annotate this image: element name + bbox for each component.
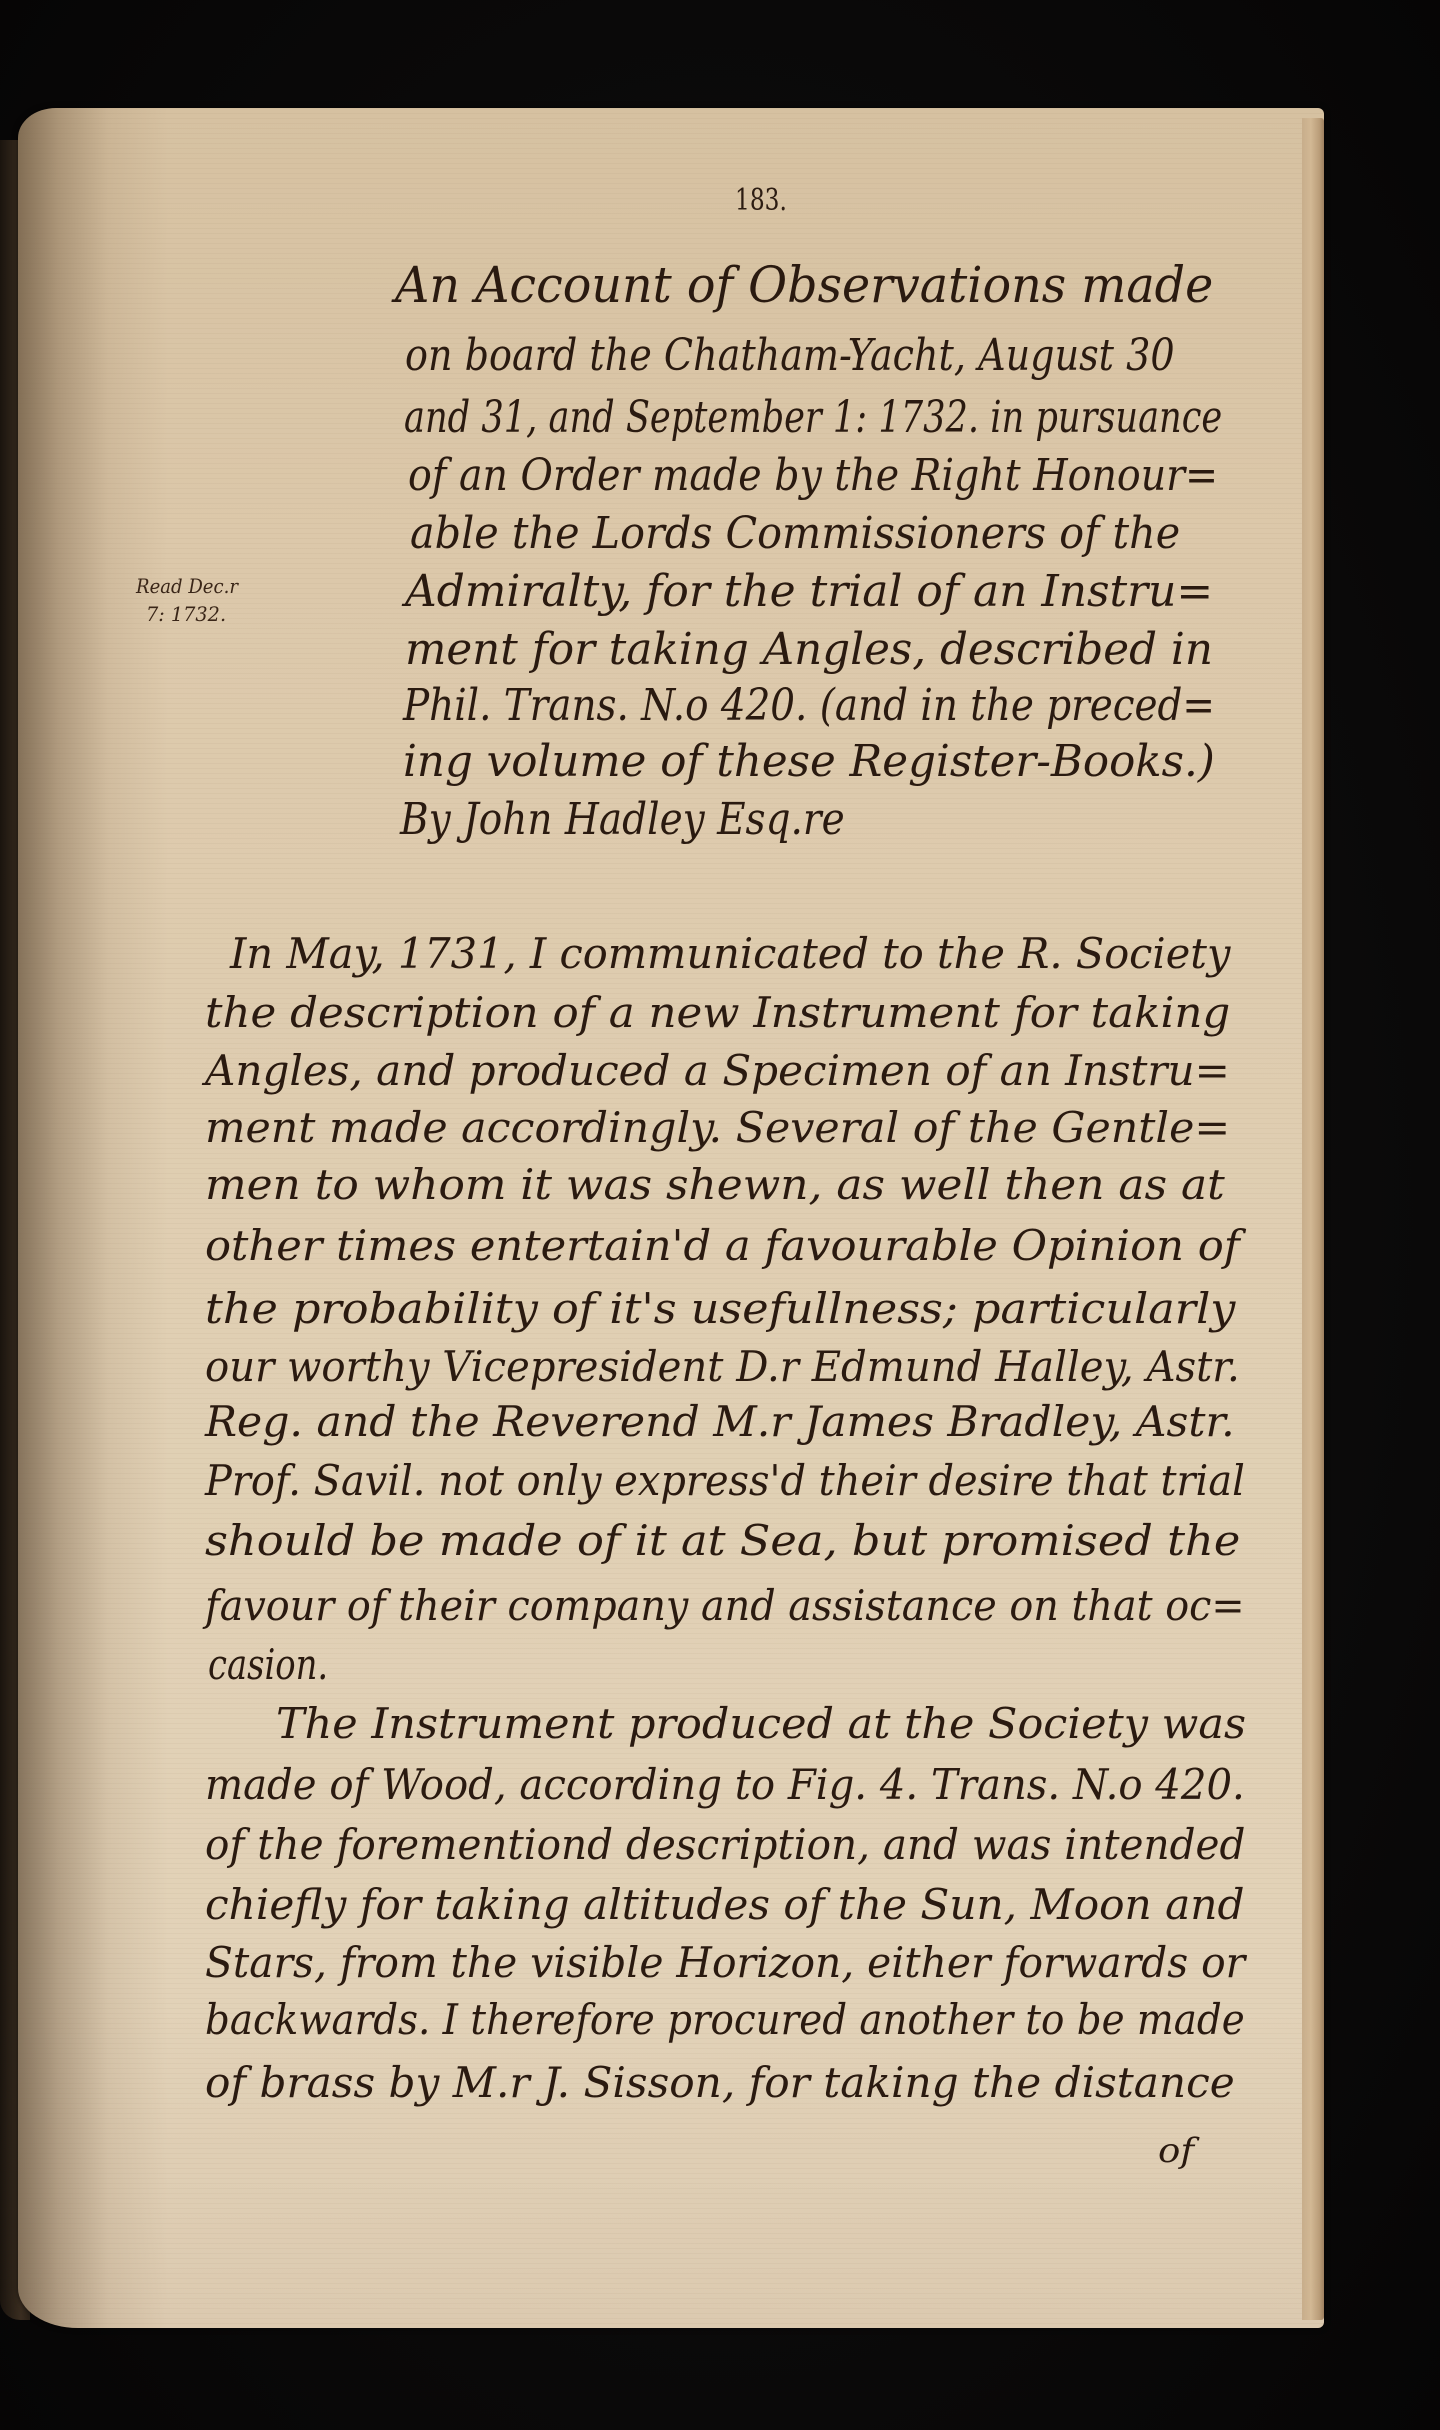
- body-line: ment made accordingly. Several of the Ge…: [205, 1107, 1230, 1149]
- body-line: the probability of it's usefullness; par…: [205, 1288, 1235, 1330]
- body-line-end-paragraph: casion.: [208, 1644, 328, 1686]
- body-line: In May, 1731, I communicated to the R. S…: [230, 933, 1230, 975]
- body-line: Reg. and the Reverend M.r James Bradley,…: [205, 1401, 1235, 1443]
- title-line: ing volume of these Register-Books.): [403, 740, 1215, 784]
- body-line: Stars, from the visible Horizon, either …: [205, 1942, 1245, 1984]
- body-line: backwards. I therefore procured another …: [205, 1999, 1245, 2041]
- body-line: of the forementiond description, and was…: [205, 1824, 1245, 1866]
- margin-note-year: 7: 1732.: [146, 604, 226, 624]
- body-line: chiefly for taking altitudes of the Sun,…: [205, 1884, 1244, 1926]
- title-line-author: By John Hadley Esq.re: [400, 798, 845, 842]
- title-line: Phil. Trans. N.o 420. (and in the preced…: [403, 684, 1215, 728]
- title-line: An Account of Observations made: [395, 260, 1213, 310]
- body-line: Prof. Savil. not only express'd their de…: [205, 1460, 1245, 1502]
- body-line: our worthy Vicepresident D.r Edmund Hall…: [205, 1346, 1240, 1388]
- catchword: of: [1158, 2134, 1194, 2168]
- title-line: ment for taking Angles, described in: [405, 628, 1213, 672]
- body-line: Angles, and produced a Specimen of an In…: [205, 1050, 1230, 1092]
- body-line: of brass by M.r J. Sisson, for taking th…: [205, 2062, 1235, 2104]
- page-fore-edge: [1302, 118, 1324, 2320]
- title-line: on board the Chatham-Yacht, August 30: [405, 334, 1175, 378]
- body-line: other times entertain'd a favourable Opi…: [205, 1225, 1240, 1267]
- body-line: men to whom it was shewn, as well then a…: [205, 1164, 1225, 1206]
- body-line: made of Wood, according to Fig. 4. Trans…: [205, 1764, 1245, 1806]
- page-number: 183.: [735, 186, 787, 216]
- body-line: the description of a new Instrument for …: [205, 992, 1230, 1034]
- margin-note-read-date: Read Dec.r: [136, 576, 238, 596]
- body-line-paragraph-start: The Instrument produced at the Society w…: [276, 1703, 1246, 1745]
- title-line: of an Order made by the Right Honour=: [408, 454, 1218, 498]
- body-line: should be made of it at Sea, but promise…: [205, 1520, 1240, 1562]
- body-line: favour of their company and assistance o…: [205, 1585, 1245, 1627]
- title-line: and 31, and September 1: 1732. in pursua…: [404, 396, 1222, 440]
- title-line: able the Lords Commissioners of the: [410, 512, 1180, 556]
- title-line: Admiralty, for the trial of an Instru=: [405, 570, 1213, 614]
